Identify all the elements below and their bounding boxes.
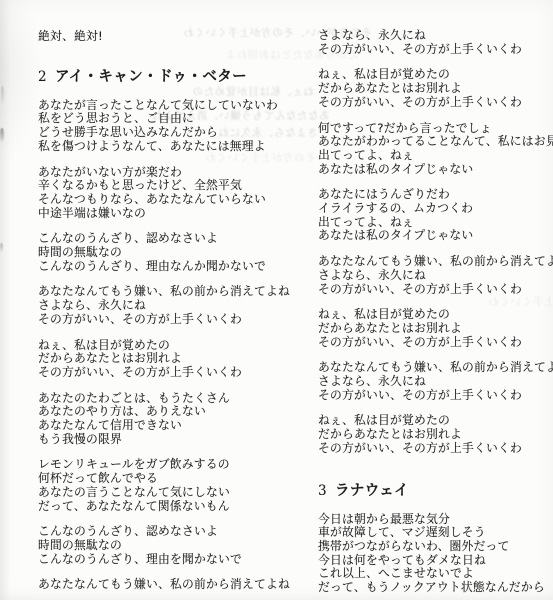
lyric-line: さよなら、永久にね [318,29,522,43]
lyric-line: あなたなんてもう嫌い、私の前から消えてよね [318,255,553,269]
lyric-line: 時間の無駄なの [38,246,266,260]
scan-artifact [1,86,4,104]
lyric-line: こんなのうんざり、認めなさいよ [38,525,242,539]
lyric-line: あなたなんてもう嫌い、私の前から消えてよね [318,361,553,375]
lyric-line: 絶対、絶対! [38,30,103,44]
scan-artifact [0,243,3,252]
lyric-line: あなたのやり方は、ありえない [38,405,230,419]
lyric-line: あなたの言うことなんて気にしない [38,486,230,500]
lyrics-column-left: 絶対、絶対!2アイ・キャン・ドゥ・ベターあなたが言ったことなんて気にしていないわ… [38,30,300,600]
stanza: 何ですって?だから言ったでしょあなたがわかってることなんて、私にはお見通し出てっ… [318,122,553,177]
stanza: あなたが言ったことなんて気にしていないわ私をどう思おうと、ご自由にどうせ勝手な思… [38,99,278,154]
lyric-line: あなたなんてもう嫌い、私の前から消えてよね [38,578,290,592]
lyric-line: 辛くなるかもと思ったけど、全然平気 [38,179,266,193]
lyric-line: あなたにはうんざりだわ [318,188,473,202]
lyric-line: こんなのうんざり、認めなさいよ [38,232,266,246]
lyric-line: 出てってよ、ねぇ [318,216,473,230]
lyric-line: あなたは私のタイプじゃない [318,229,473,243]
track-number: 2 [38,69,47,85]
track-title: ラナウェイ [335,483,409,499]
lyric-line: 車が故障して、マジ遅刻しそう [318,526,545,540]
stanza: あなたなんてもう嫌い、私の前から消えてよねさよなら、永久にねその方がいい、その方… [38,285,290,326]
lyric-line: その方がいい、その方が上手くいくわ [318,336,522,350]
lyric-line: あなたなんて信用できない [38,419,230,433]
track-number: 3 [318,483,327,499]
stanza: あなたなんてもう嫌い、私の前から消えてよねさよなら、永久にねその方がいい、その方… [318,361,553,402]
stanza: 今日は朝から最悪な気分車が故障して、マジ遅刻しそう携帯がつながらないわ、圏外だっ… [318,513,545,595]
lyric-line: 何杯だって飲んでやる [38,472,230,486]
lyric-line: 何ですって?だから言ったでしょ [318,122,553,136]
lyric-line: こんなのうんざり、理由なんか聞かないで [38,260,266,274]
stanza: ねぇ、私は目が覚めたのだからあなたとはお別れよその方がいい、その方が上手くいくわ [38,339,242,380]
lyric-line: あなたがわかってることなんて、私にはお見通し [318,135,553,149]
lyric-line: そんなつもりなら、あなたなんていらない [38,193,266,207]
lyric-line: 時間の無駄なの [38,539,242,553]
lyric-line: さよなら、永久にね [38,299,290,313]
stanza: あなたなんてもう嫌い、私の前から消えてよね [38,578,290,592]
lyric-line: その方がいい、その方が上手くいくわ [318,43,522,57]
stanza: ねぇ、私は目が覚めたのだからあなたとはお別れよその方がいい、その方が上手くいくわ [318,68,522,109]
lyric-line: だからあなたとはお別れよ [318,322,522,336]
track-title: アイ・キャン・ドゥ・ベター [55,69,247,85]
lyric-line: イライラするの、ムカつくわ [318,202,473,216]
stanza: あなたのたわごとは、もうたくさんあなたのやり方は、ありえないあなたなんて信用でき… [38,392,230,447]
lyric-line: その方がいい、その方が上手くいくわ [318,389,553,403]
stanza: あなたなんてもう嫌い、私の前から消えてよねさよなら、永久にねその方がいい、その方… [318,255,553,296]
stanza: さよなら、永久にねその方がいい、その方が上手くいくわ [318,29,522,56]
lyric-line: その方がいい、その方が上手くいくわ [38,366,242,380]
lyric-line: 中途半端は嫌いなの [38,207,266,221]
lyric-line: その方がいい、その方が上手くいくわ [318,283,553,297]
track-heading: 2アイ・キャン・ドゥ・ベター [38,69,247,86]
stanza: こんなのうんざり、認めなさいよ時間の無駄なのこんなのうんざり、理由なんか聞かない… [38,232,266,273]
lyric-line: その方がいい、その方が上手くいくわ [318,442,522,456]
booklet-page: その方がいい、その方が上手くいくわだからあなたとはお別れよねぇ、私は目が覚めたの… [0,0,553,600]
lyric-line: 出てってよ、ねぇ [318,149,553,163]
stanza: あなたにはうんざりだわイライラするの、ムカつくわ出てってよ、ねぇあなたは私のタイ… [318,188,473,243]
stanza: ねぇ、私は目が覚めたのだからあなたとはお別れよその方がいい、その方が上手くいくわ [318,308,522,349]
lyric-line: 私を傷つけようなんて、あなたには無理よ [38,140,278,154]
lyric-line: だからあなたとはお別れよ [38,352,242,366]
stanza: 絶対、絶対! [38,30,103,44]
stanza: あなたがいない方が楽だわ辛くなるかもと思ったけど、全然平気そんなつもりなら、あな… [38,166,266,221]
lyric-line: さよなら、永久にね [318,269,553,283]
lyrics-column-right: さよなら、永久にねその方がいい、その方が上手くいくわねぇ、私は目が覚めたのだから… [318,29,553,600]
stanza: ねぇ、私は目が覚めたのだからあなたとはお別れよその方がいい、その方が上手くいくわ [318,414,522,455]
stanza: こんなのうんざり、認めなさいよ時間の無駄なのこんなのうんざり、理由を聞かないで [38,525,242,566]
lyric-line: こんなのうんざり、理由を聞かないで [38,553,242,567]
lyric-line: ねぇ、私は目が覚めたの [318,308,522,322]
track-heading: 3ラナウェイ [318,483,409,500]
lyric-line: その方がいい、その方が上手くいくわ [38,313,290,327]
lyric-line: どうせ勝手な思い込みなんだから [38,126,278,140]
lyric-line: だからあなたとはお別れよ [318,428,522,442]
lyric-line: さよなら、永久にね [318,375,553,389]
lyric-line: だからあなたとはお別れよ [318,82,522,96]
stanza: レモンリキュールをガブ飲みするの何杯だって飲んでやるあなたの言うことなんて気にし… [38,458,230,513]
lyric-line: だって、もうノックアウト状態なんだから [318,581,545,595]
scan-artifact [0,128,4,142]
lyric-line: その方がいい、その方が上手くいくわ [318,96,522,110]
lyric-line: もう我慢の限界 [38,433,230,447]
lyric-line: だって、あなたなんて関係ないもん [38,500,230,514]
lyric-line: あなたは私のタイプじゃない [318,163,553,177]
lyric-line: 携帯がつながらないわ、圏外だって [318,540,545,554]
